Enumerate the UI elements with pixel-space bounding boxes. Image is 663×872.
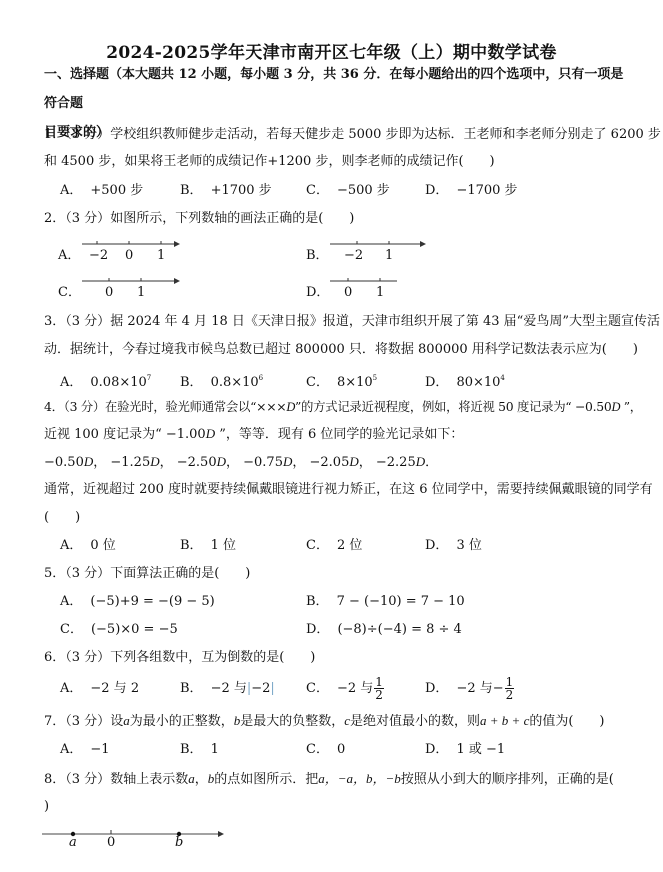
question-text: ”，等等．现有 6 位同学的验光记录如下： (215, 427, 463, 442)
fraction-sign: − (493, 681, 504, 696)
fraction: 12 (505, 676, 515, 701)
abs-value: −2 (251, 681, 270, 696)
record-value: −0.75 (243, 455, 283, 470)
q6-option-d[interactable]: D．−2 与−12 (425, 673, 514, 705)
expression: a + b + c (480, 713, 529, 728)
option-label: D． (425, 681, 448, 696)
tick-label: 1 (157, 247, 165, 265)
option-label: A． (60, 681, 82, 696)
question-score: （3 分） (65, 650, 110, 665)
option-text: 1 或 −1 (456, 742, 505, 757)
tick-label: 0 (125, 247, 133, 265)
option-text: +1700 步 (211, 183, 272, 198)
tick-label: 1 (137, 284, 145, 302)
record-value: −2.50 (177, 455, 217, 470)
question-text: 是绝对值最小的数，则 (350, 714, 480, 729)
denominator: 2 (374, 689, 384, 701)
question-text: 学校组织教师健步走活动，若每天健步走 5000 步即为达标．王老师和李老师分别走… (110, 127, 661, 142)
q5-option-c[interactable]: C．(−5)×0 = −5 (60, 621, 178, 639)
question-number: 8． (44, 772, 65, 787)
question-4-line2: 近视 100 度记录为“ −1.00D ”，等等．现有 6 位同学的验光记录如下… (44, 425, 463, 444)
tick-label: 0 (105, 284, 113, 302)
point-label-b: b (175, 834, 183, 852)
option-label: B． (306, 248, 329, 263)
option-text: (−5)×0 = −5 (91, 622, 178, 637)
question-text: 的值为( ) (529, 714, 604, 729)
record-unit: D (217, 454, 226, 469)
option-label: B． (180, 742, 203, 757)
q5-option-a[interactable]: A．(−5)+9 = −(9 − 5) (60, 593, 215, 611)
question-score: （3 分） (65, 127, 110, 142)
q4-option-d[interactable]: D．3 位 (425, 537, 482, 555)
option-text: 1 位 (211, 538, 236, 553)
q1-option-c[interactable]: C．−500 步 (306, 182, 390, 200)
option-text: 3 位 (456, 538, 481, 553)
q3-option-a[interactable]: A．0.08×107 (60, 369, 151, 392)
abs-bar-right: | (270, 681, 274, 696)
question-score: （3 分） (65, 211, 110, 226)
option-label: C． (306, 681, 329, 696)
option-label: D． (306, 622, 329, 637)
question-1-line1: 1．（3 分）学校组织教师健步走活动，若每天健步走 5000 步即为达标．王老师… (44, 126, 661, 144)
question-6-line1: 6．（3 分）下列各组数中，互为倒数的是( ) (44, 649, 315, 667)
q1-option-a[interactable]: A．+500 步 (60, 182, 143, 200)
option-label: A． (58, 248, 80, 263)
record-value: −2.05 (310, 455, 350, 470)
option-exponent: 5 (373, 374, 377, 382)
option-label: C． (306, 538, 329, 553)
option-base: 80×10 (456, 375, 500, 390)
tick-label: 1 (385, 247, 393, 265)
option-label: C． (58, 285, 81, 300)
option-label: B． (180, 375, 203, 390)
question-4-line5: ( ) (44, 509, 80, 527)
option-label: B． (306, 594, 329, 609)
record-value: −0.50 (44, 455, 84, 470)
question-4-records: −0.50D， −1.25D， −2.50D， −0.75D， −2.05D， … (44, 453, 438, 472)
option-text: −500 步 (337, 183, 390, 198)
question-number: 5． (44, 566, 65, 581)
section-heading-line1: 一、选择题（本大题共 12 小题，每小题 3 分，共 36 分．在每小题给出的四… (44, 60, 624, 118)
q1-option-b[interactable]: B．+1700 步 (180, 182, 272, 200)
q3-option-c[interactable]: C．8×105 (306, 369, 377, 392)
question-8-line1: 8．（3 分）数轴上表示数a，b的点如图所示．把a，−a，b，−b按照从小到大的… (44, 770, 614, 789)
option-text: 0 位 (90, 538, 115, 553)
question-number: 3． (44, 314, 65, 329)
q5-option-b[interactable]: B．7 − (−10) = 7 − 10 (306, 593, 465, 611)
question-score: （3 分） (65, 714, 110, 729)
option-exponent: 4 (500, 374, 504, 382)
option-label: D． (425, 538, 448, 553)
q3-option-b[interactable]: B．0.8×106 (180, 369, 263, 392)
question-7-line1: 7．（3 分）设a为最小的正整数，b是最大的负整数，c是绝对值最小的数，则a +… (44, 712, 605, 731)
option-label: C． (60, 622, 83, 637)
denominator: 2 (505, 689, 515, 701)
exam-page: 2024-2025学年天津市南开区七年级（上）期中数学试卷 一、选择题（本大题共… (0, 0, 663, 872)
q7-option-c[interactable]: C．0 (306, 741, 345, 759)
q1-option-d[interactable]: D．−1700 步 (425, 182, 518, 200)
option-exponent: 6 (259, 374, 263, 382)
option-label: A． (60, 594, 82, 609)
option-label: D． (306, 285, 329, 300)
record-unit: D (283, 454, 292, 469)
record-unit: D (349, 454, 358, 469)
option-label: B． (180, 183, 203, 198)
question-4-line1: 4．（3 分）在验光时，验光师通常会以“×××D”的方式记录近视程度，例如，将近… (44, 398, 642, 416)
option-label: D． (425, 183, 448, 198)
option-base: 0.08×10 (90, 375, 146, 390)
variable: D (286, 400, 295, 414)
q2c-number-line (82, 275, 182, 305)
tick-label: 1 (376, 284, 384, 302)
record-unit: D (84, 454, 93, 469)
q4-option-a[interactable]: A．0 位 (60, 537, 116, 555)
question-text: 近视 100 度记录为“ −1.00 (44, 427, 206, 442)
question-text: 设 (110, 714, 123, 729)
question-4-line4: 通常，近视超过 200 度时就要持续佩戴眼镜进行视力矫正，在这 6 位同学中，需… (44, 481, 653, 499)
question-text: 下面算法正确的是( ) (110, 566, 250, 581)
question-number: 1． (44, 127, 65, 142)
option-base: 8×10 (337, 375, 373, 390)
question-text: 是最大的负整数， (240, 714, 344, 729)
option-text: (−5)+9 = −(9 − 5) (90, 594, 214, 609)
tick-label: −2 (89, 247, 108, 265)
tick-label: −2 (344, 247, 363, 265)
question-number: 2． (44, 211, 65, 226)
option-label: A． (60, 742, 82, 757)
option-label: D． (425, 375, 448, 390)
variable: D (206, 426, 215, 441)
option-text: −2 与 (211, 681, 247, 696)
option-label: A． (60, 375, 82, 390)
question-text: 按照从小到大的顺序排列，正确的是( (401, 772, 614, 787)
question-score: （3 分） (65, 566, 110, 581)
tick-label: 0 (344, 284, 352, 302)
option-text: 0 (337, 742, 345, 757)
option-label: A． (60, 538, 82, 553)
question-number: 7． (44, 714, 65, 729)
option-text: −1700 步 (456, 183, 517, 198)
question-3-line1: 3．（3 分）据 2024 年 4 月 18 日《天津日报》报道，天津市组织开展… (44, 313, 660, 331)
question-text: 据 2024 年 4 月 18 日《天津日报》报道，天津市组织开展了第 43 届… (110, 314, 660, 329)
question-text: 在验光时，验光师通常会以“××× (105, 399, 286, 414)
question-text: 如图所示，下列数轴的画法正确的是( ) (110, 211, 354, 226)
question-score: （3 分） (65, 772, 110, 787)
option-text: +500 步 (90, 183, 143, 198)
fraction: 12 (374, 676, 384, 701)
question-text: 下列各组数中，互为倒数的是( ) (110, 650, 315, 665)
q4-option-c[interactable]: C．2 位 (306, 537, 362, 555)
q7-option-b[interactable]: B．1 (180, 741, 219, 759)
question-score: （3 分） (65, 314, 110, 329)
option-text: (−8)÷(−4) = 8 ÷ 4 (337, 622, 461, 637)
question-2-line1: 2．（3 分）如图所示，下列数轴的画法正确的是( ) (44, 210, 354, 228)
question-text: 的点如图所示．把 (214, 772, 318, 787)
option-text: −2 与 (337, 681, 373, 696)
q6-option-b[interactable]: B．−2 与|−2| (180, 680, 275, 698)
question-1-line2: 和 4500 步，如果将王老师的成绩记作+1200 步，则李老师的成绩记作( ) (44, 153, 495, 171)
option-text: −2 与 2 (90, 681, 139, 696)
q6-option-c[interactable]: C．−2 与12 (306, 673, 384, 705)
question-text: ”的方式记录近视程度，例如，将近视 50 度记录为“ −0.50 (295, 399, 611, 414)
question-text: ， (195, 772, 208, 787)
q7-option-a[interactable]: A．−1 (60, 741, 110, 759)
question-5-line1: 5．（3 分）下面算法正确的是( ) (44, 565, 250, 583)
question-number: 6． (44, 650, 65, 665)
option-text: 2 位 (337, 538, 362, 553)
question-8-line2: ) (44, 798, 49, 816)
question-number: 4． (44, 399, 64, 414)
q5-option-d[interactable]: D．(−8)÷(−4) = 8 ÷ 4 (306, 621, 462, 639)
option-label: B． (180, 681, 203, 696)
question-text: 为最小的正整数， (130, 714, 234, 729)
question-score: （3 分） (64, 399, 105, 414)
question-3-line2: 动．据统计，今春过境我市候鸟总数已超过 800000 只．将数据 800000 … (44, 341, 638, 359)
option-label: D． (425, 742, 448, 757)
q6-option-a[interactable]: A．−2 与 2 (60, 680, 139, 698)
q7-option-d[interactable]: D．1 或 −1 (425, 741, 505, 759)
record-value: −2.25 (376, 455, 416, 470)
point-label-a: a (69, 834, 77, 852)
option-label: C． (306, 375, 329, 390)
expression: a，−a，b，−b (318, 771, 401, 786)
option-label: A． (60, 183, 82, 198)
option-base: 0.8×10 (211, 375, 259, 390)
question-text: ”， (620, 399, 642, 414)
record-unit: D (150, 454, 159, 469)
option-label: B． (180, 538, 203, 553)
option-label: C． (306, 183, 329, 198)
option-text: 7 − (−10) = 7 − 10 (337, 594, 465, 609)
q3-option-d[interactable]: D．80×104 (425, 369, 505, 392)
q4-option-b[interactable]: B．1 位 (180, 537, 236, 555)
record-unit: D (416, 454, 425, 469)
option-label: C． (306, 742, 329, 757)
option-text: −2 与 (456, 681, 492, 696)
option-exponent: 7 (147, 374, 151, 382)
variable: D (611, 400, 620, 414)
origin-label: 0 (107, 834, 115, 852)
option-text: 1 (211, 742, 219, 757)
record-value: −1.25 (110, 455, 150, 470)
question-text: 数轴上表示数 (110, 772, 188, 787)
option-text: −1 (90, 742, 109, 757)
